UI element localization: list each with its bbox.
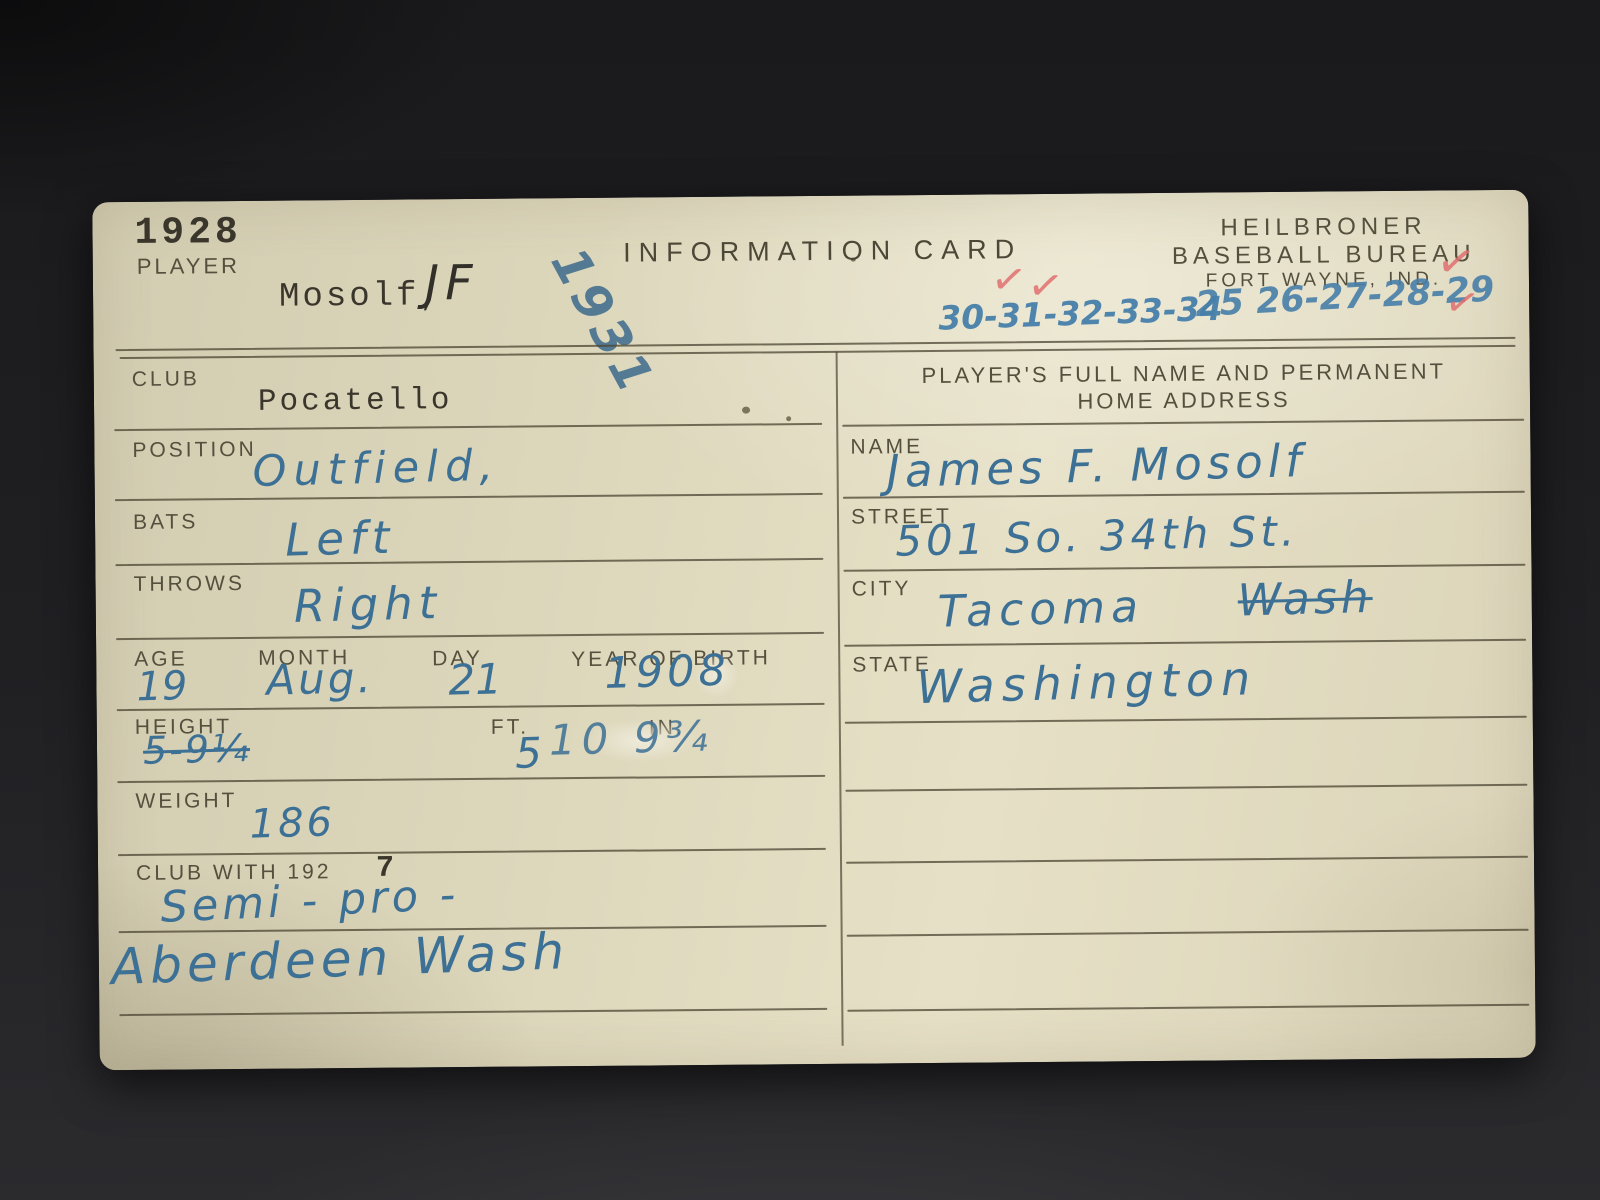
club-label: CLUB	[132, 367, 200, 392]
city-value: Tacoma	[937, 581, 1144, 637]
name-value: James F. Mosolf	[886, 434, 1307, 498]
rule-club	[114, 423, 822, 431]
city-crossed-out: Wash	[1237, 572, 1373, 627]
height-in-value: 10 9¾	[548, 711, 713, 764]
paper-speck-3	[851, 258, 856, 262]
club-value: Pocatello	[258, 383, 453, 420]
state-value: Washington	[916, 651, 1258, 714]
city-label: CITY	[852, 577, 912, 602]
years-stamp-30-34: 30-31-32-33-34	[938, 289, 1224, 338]
height-ft-value: 5	[514, 728, 542, 778]
rule-street	[843, 564, 1525, 572]
surname-typed: Mosolf,	[279, 277, 443, 316]
rule-top-a	[116, 337, 1516, 351]
rule-city	[844, 639, 1526, 647]
card-title: INFORMATION CARD	[593, 234, 1053, 269]
rule-empty-2	[846, 856, 1528, 864]
column-divider	[836, 352, 844, 1046]
rule-throws	[116, 632, 824, 640]
address-header-line2: HOME ADDRESS	[842, 385, 1526, 417]
throws-value: Right	[293, 576, 443, 633]
age-value: 19	[136, 663, 188, 710]
rule-position	[115, 493, 823, 501]
rule-address-header	[842, 419, 1524, 427]
bats-label: BATS	[133, 510, 199, 535]
rule-bats	[115, 558, 823, 566]
weight-label: WEIGHT	[135, 789, 237, 814]
paper-speck-2	[786, 416, 791, 421]
street-value: 501 So. 34th St.	[895, 506, 1299, 566]
paper-speck-1	[742, 407, 750, 414]
rule-weight	[118, 848, 826, 856]
card-type-label: PLAYER	[137, 253, 240, 280]
position-value: Outfield,	[252, 441, 501, 497]
rule-height	[117, 775, 825, 783]
rule-empty-1	[845, 784, 1527, 792]
bats-value: Left	[285, 511, 397, 567]
height-crossed-out: 5-9¼	[142, 726, 250, 773]
rule-birth	[117, 703, 825, 711]
rule-empty-4	[847, 1004, 1529, 1012]
club-with-line2: Aberdeen Wash	[110, 922, 570, 996]
information-card: 1928 PLAYER INFORMATION CARD HEILBRONER …	[92, 190, 1536, 1070]
throws-label: THROWS	[133, 572, 245, 597]
photo-background: 1928 PLAYER INFORMATION CARD HEILBRONER …	[0, 0, 1600, 1200]
weight-value: 186	[249, 799, 336, 847]
card-year: 1928	[134, 211, 242, 255]
birth-year-value: 1908	[604, 646, 731, 699]
position-label: POSITION	[132, 438, 257, 463]
rule-left-bottom	[119, 1008, 827, 1016]
rule-empty-3	[847, 929, 1529, 937]
surname-initials-handwritten: JF	[425, 255, 479, 311]
month-value: Aug.	[266, 653, 375, 705]
day-value: 21	[448, 654, 503, 704]
rule-state	[845, 716, 1527, 724]
